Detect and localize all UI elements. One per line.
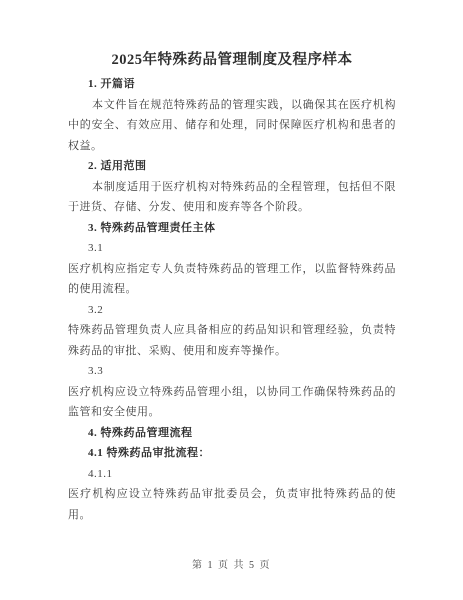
body-paragraph: 特殊药品管理负责人应具备相应的药品知识和管理经验，负责特殊药品的审批、采购、使用…	[68, 320, 396, 361]
section-heading-opening: 1. 开篇语	[68, 74, 396, 95]
body-paragraph: 医疗机构应指定专人负责特殊药品的管理工作，以监督特殊药品的使用流程。	[68, 259, 396, 300]
clause-number: 4.1.1	[68, 464, 396, 485]
section-heading-scope: 2. 适用范围	[68, 156, 396, 177]
clause-number: 3.2	[68, 300, 396, 321]
document-body: 2025年特殊药品管理制度及程序样本 1. 开篇语 本文件旨在规范特殊药品的管理…	[68, 49, 396, 525]
clause-number: 3.1	[68, 238, 396, 259]
body-paragraph: 医疗机构应设立特殊药品管理小组，以协同工作确保特殊药品的监管和安全使用。	[68, 382, 396, 423]
section-heading-process: 4. 特殊药品管理流程	[68, 423, 396, 444]
subsection-heading-approval: 4.1 特殊药品审批流程：	[68, 443, 396, 464]
body-paragraph: 本制度适用于医疗机构对特殊药品的全程管理，包括但不限于进货、存储、分发、使用和废…	[68, 177, 396, 218]
clause-number: 3.3	[68, 361, 396, 382]
body-paragraph: 本文件旨在规范特殊药品的管理实践，以确保其在医疗机构中的安全、有效应用、储存和处…	[68, 95, 396, 157]
section-heading-responsibility: 3. 特殊药品管理责任主体	[68, 218, 396, 239]
document-page: 2025年特殊药品管理制度及程序样本 1. 开篇语 本文件旨在规范特殊药品的管理…	[0, 0, 463, 600]
body-paragraph: 医疗机构应设立特殊药品审批委员会，负责审批特殊药品的使用。	[68, 484, 396, 525]
document-title: 2025年特殊药品管理制度及程序样本	[68, 49, 396, 72]
page-number-footer: 第 1 页 共 5 页	[0, 556, 463, 571]
